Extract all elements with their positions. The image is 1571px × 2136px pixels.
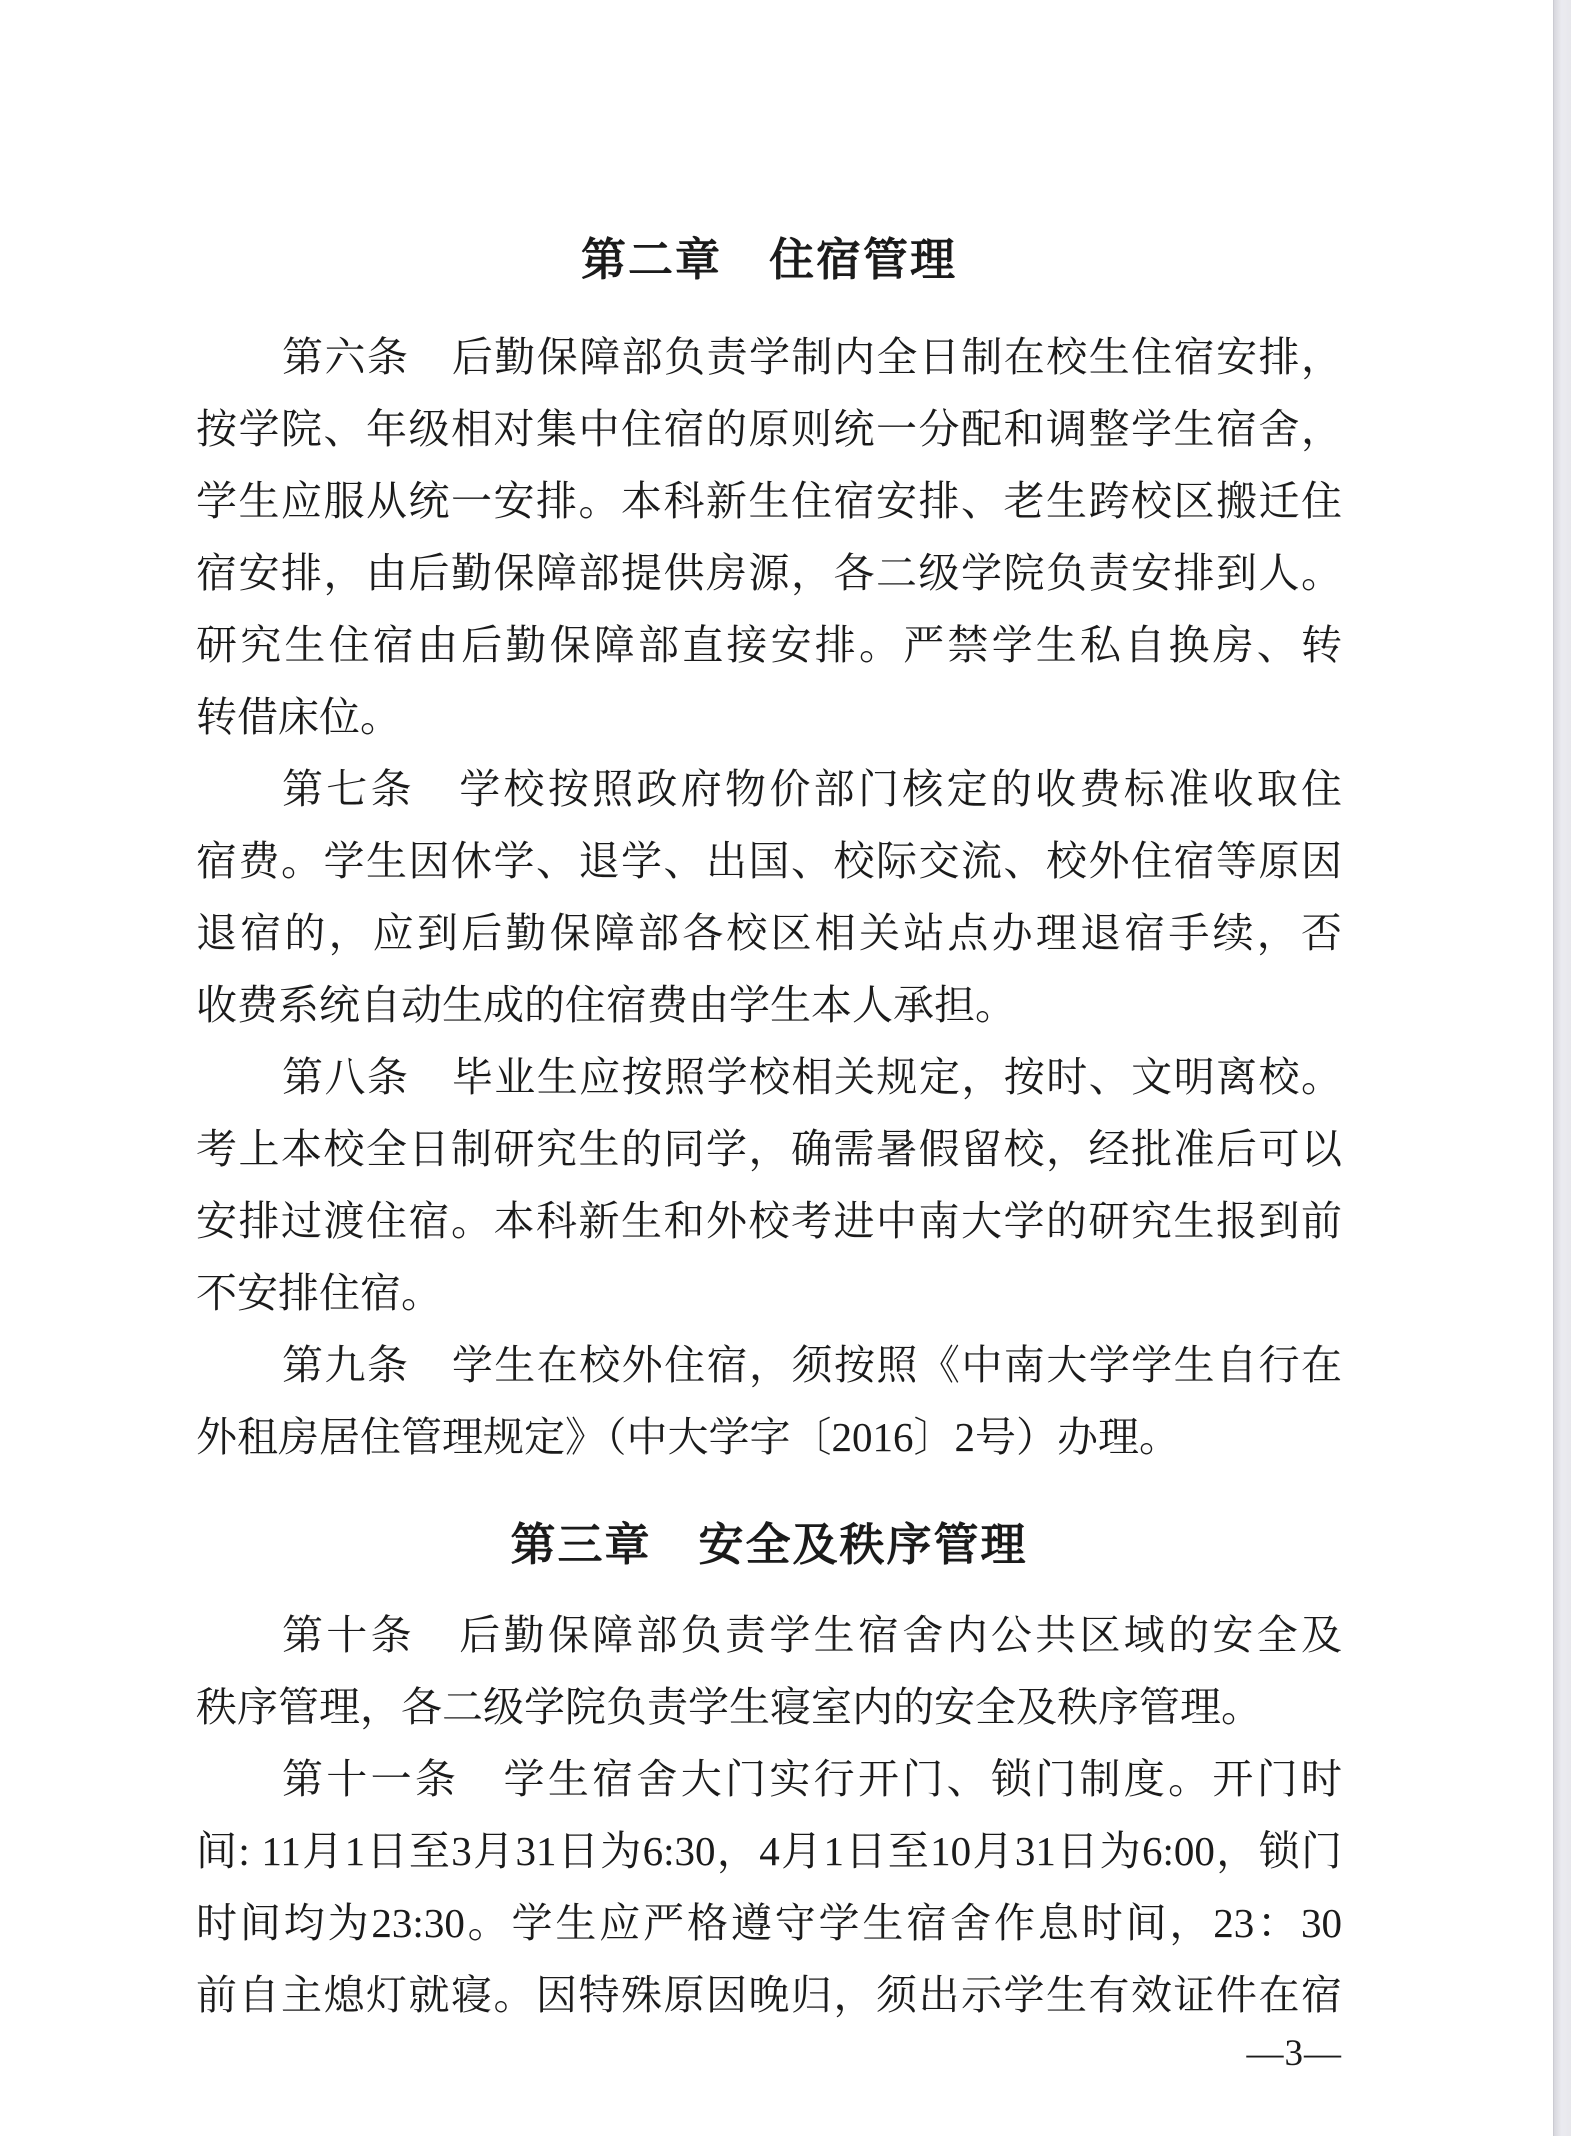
document-line: 不安排住宿。 <box>196 1257 1342 1329</box>
document-line: 安排过渡住宿。本科新生和外校考进中南大学的研究生报到前 <box>196 1185 1342 1257</box>
document-line: 考上本校全日制研究生的同学，确需暑假留校，经批准后可以 <box>196 1113 1342 1185</box>
chapter-heading: 第三章 安全及秩序管理 <box>196 1509 1342 1581</box>
document-line: 间: 11月1日至3月31日为6:30，4月1日至10月31日为6:00，锁门 <box>196 1815 1342 1887</box>
page-number: —3— <box>1247 2032 1343 2076</box>
document-line: 第八条 毕业生应按照学校相关规定，按时、文明离校。 <box>196 1041 1342 1113</box>
document-line: 第十条 后勤保障部负责学生宿舍内公共区域的安全及 <box>196 1599 1342 1671</box>
document-line: 宿费。学生因休学、退学、出国、校际交流、校外住宿等原因 <box>196 825 1342 897</box>
document-line: 宿安排，由后勤保障部提供房源，各二级学院负责安排到人。 <box>196 537 1342 609</box>
document-line: 学生应服从统一安排。本科新生住宿安排、老生跨校区搬迁住 <box>196 465 1342 537</box>
document-line: 第九条 学生在校外住宿，须按照《中南大学学生自行在 <box>196 1329 1342 1401</box>
document-line: 收费系统自动生成的住宿费由学生本人承担。 <box>196 969 1342 1041</box>
document-line: 研究生住宿由后勤保障部直接安排。严禁学生私自换房、转租、 <box>196 609 1342 681</box>
document-line: 转借床位。 <box>196 681 1342 753</box>
document-body: 第二章 住宿管理第六条 后勤保障部负责学制内全日制在校生住宿安排，按学院、年级相… <box>196 0 1342 2031</box>
document-line: 前自主熄灯就寝。因特殊原因晚归，须出示学生有效证件在宿 <box>196 1959 1342 2031</box>
page-edge-strip <box>1553 0 1571 2136</box>
document-line: 第七条 学校按照政府物价部门核定的收费标准收取住 <box>196 753 1342 825</box>
document-line: 秩序管理，各二级学院负责学生寝室内的安全及秩序管理。 <box>196 1671 1342 1743</box>
document-line: 第十一条 学生宿舍大门实行开门、锁门制度。开门时 <box>196 1743 1342 1815</box>
document-line: 退宿的，应到后勤保障部各校区相关站点办理退宿手续，否则， <box>196 897 1342 969</box>
document-line: 时间均为23:30。学生应严格遵守学生宿舍作息时间，23：30 <box>196 1887 1342 1959</box>
document-line: 外租房居住管理规定》（中大学字〔2016〕2号）办理。 <box>196 1401 1342 1473</box>
chapter-heading: 第二章 住宿管理 <box>196 224 1342 296</box>
document-line: 按学院、年级相对集中住宿的原则统一分配和调整学生宿舍， <box>196 393 1342 465</box>
document-page: 第二章 住宿管理第六条 后勤保障部负责学制内全日制在校生住宿安排，按学院、年级相… <box>0 0 1571 2136</box>
document-line: 第六条 后勤保障部负责学制内全日制在校生住宿安排， <box>196 321 1342 393</box>
